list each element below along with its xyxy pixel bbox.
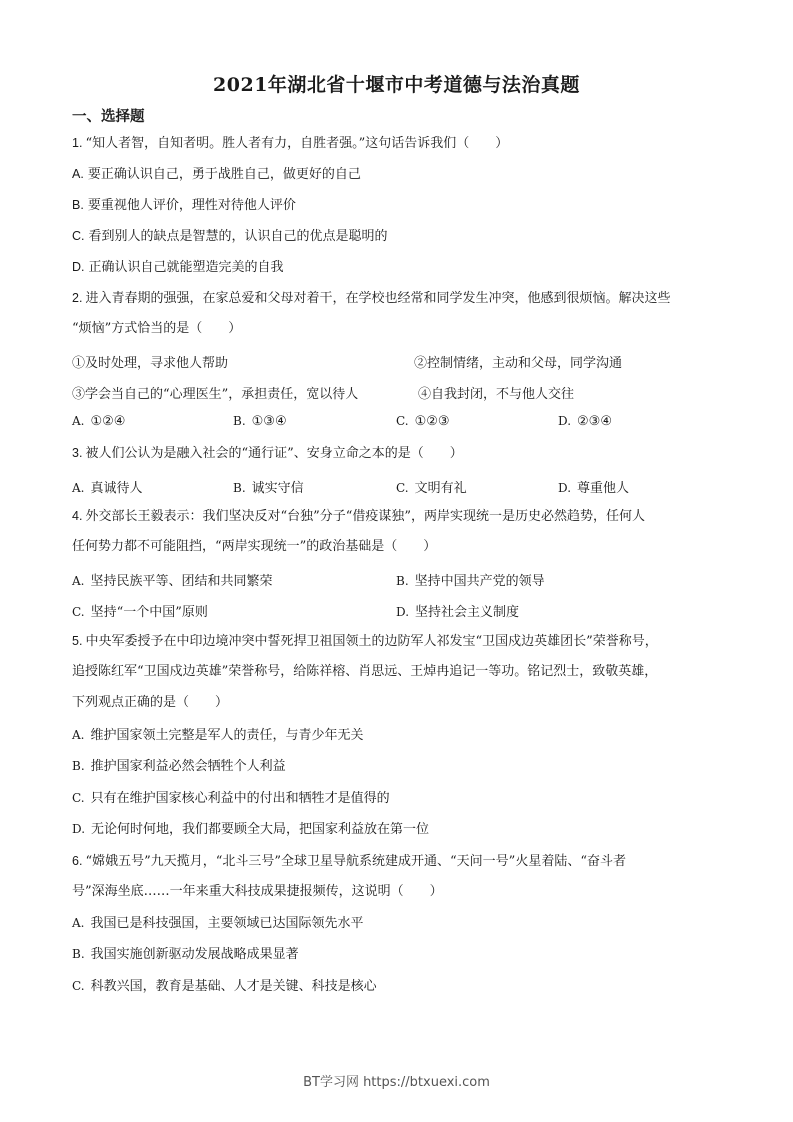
question-4-option-a: A.坚持民族平等、团结和共同繁荣 [72, 570, 273, 589]
question-3-stem: 3.被人们公认为是融入社会的“通行证”、安身立命之本的是（ ） [72, 445, 463, 462]
question-4-option-b: B.坚持中国共产党的领导 [396, 570, 545, 589]
question-1-option-c: C.看到别人的缺点是智慧的，认识自己的优点是聪明的 [72, 228, 388, 245]
question-number: 4. [72, 509, 82, 523]
question-1-stem: 1.“知人者智，自知者明。胜人者有力，自胜者强。”这句话告诉我们（ ） [72, 135, 508, 152]
question-1-option-a: A.要正确认识自己，勇于战胜自己，做更好的自己 [72, 166, 361, 183]
question-number: 3. [72, 446, 82, 460]
question-6-option-b: B.我国实施创新驱动发展战略成果显著 [72, 946, 299, 963]
question-2-option-a: A.①②④ [72, 414, 125, 429]
question-2-statement-1: ①及时处理，寻求他人帮助 [72, 352, 228, 371]
question-4-stem-line-1: 4.外交部长王毅表示：我们坚决反对“台独”分子“借疫谋独”，两岸实现统一是历史必… [72, 508, 645, 525]
question-2-option-c: C.①②③ [396, 414, 450, 429]
question-3-option-a: A.真诚待人 [72, 477, 143, 496]
question-5-stem-line-3: 下列观点正确的是（ ） [72, 695, 228, 711]
question-5-option-c: C.只有在维护国家核心利益中的付出和牺牲才是值得的 [72, 790, 390, 807]
question-number: 5. [72, 634, 82, 648]
question-number: 2. [72, 291, 82, 305]
question-4-option-c: C.坚持“一个中国”原则 [72, 601, 208, 620]
question-3-option-c: C.文明有礼 [396, 477, 467, 496]
question-5-option-d: D.无论何时何地，我们都要顾全大局，把国家利益放在第一位 [72, 821, 429, 838]
exam-page: 2021年湖北省十堰市中考道德与法治真题 一、选择题 1.“知人者智，自知者明。… [0, 0, 793, 1122]
footer-watermark: BT学习网 https://btxuexi.com [0, 1071, 793, 1090]
question-6-stem-line-2: 号”深海坐底……一年来重大科技成果捷报频传，这说明（ ） [72, 884, 443, 900]
question-6-option-c: C.科教兴国，教育是基础、人才是关键、科技是核心 [72, 978, 377, 995]
question-4-option-d: D.坚持社会主义制度 [396, 601, 519, 620]
question-3-option-b: B.诚实守信 [233, 477, 304, 496]
question-2-statement-3: ③学会当自己的“心理医生”，承担责任，宽以待人 [72, 383, 358, 402]
question-2-stem-line-1: 2.进入青春期的强强，在家总爱和父母对着干，在学校也经常和同学发生冲突，他感到很… [72, 290, 670, 307]
question-2-option-d: D.②③④ [558, 414, 612, 429]
question-2-statement-2: ②控制情绪，主动和父母，同学沟通 [414, 352, 622, 371]
question-2-option-b: B.①③④ [233, 414, 287, 429]
document-title: 2021年湖北省十堰市中考道德与法治真题 [0, 70, 793, 97]
question-1-option-d: D.正确认识自己就能塑造完美的自我 [72, 259, 284, 276]
question-5-stem-line-1: 5.中央军委授予在中印边境冲突中誓死捍卫祖国领土的边防军人祁发宝“卫国戍边英雄团… [72, 633, 658, 650]
question-1-option-b: B.要重视他人评价，理性对待他人评价 [72, 197, 296, 214]
section-heading: 一、选择题 [72, 105, 145, 126]
question-4-stem-line-2: 任何势力都不可能阻挡，“两岸实现统一”的政治基础是（ ） [72, 539, 436, 555]
question-6-option-a: A.我国已是科技强国，主要领域已达国际领先水平 [72, 915, 364, 932]
question-2-stem-line-2: “烦恼”方式恰当的是（ ） [72, 321, 241, 337]
question-2-statement-4: ④自我封闭，不与他人交往 [418, 383, 574, 402]
question-5-option-a: A.维护国家领土完整是军人的责任，与青少年无关 [72, 727, 364, 744]
question-5-option-b: B.推护国家利益必然会牺牲个人利益 [72, 758, 286, 775]
question-number: 6. [72, 854, 82, 868]
question-6-stem-line-1: 6.“嫦娥五号”九天揽月，“北斗三号”全球卫星导航系统建成开通、“天问一号”火星… [72, 853, 626, 870]
question-3-option-d: D.尊重他人 [558, 477, 629, 496]
question-5-stem-line-2: 追授陈红军“卫国戍边英雄”荣誉称号，给陈祥榕、肖思远、王焯冉追记一等功。铭记烈士… [72, 664, 657, 680]
question-number: 1. [72, 136, 82, 150]
